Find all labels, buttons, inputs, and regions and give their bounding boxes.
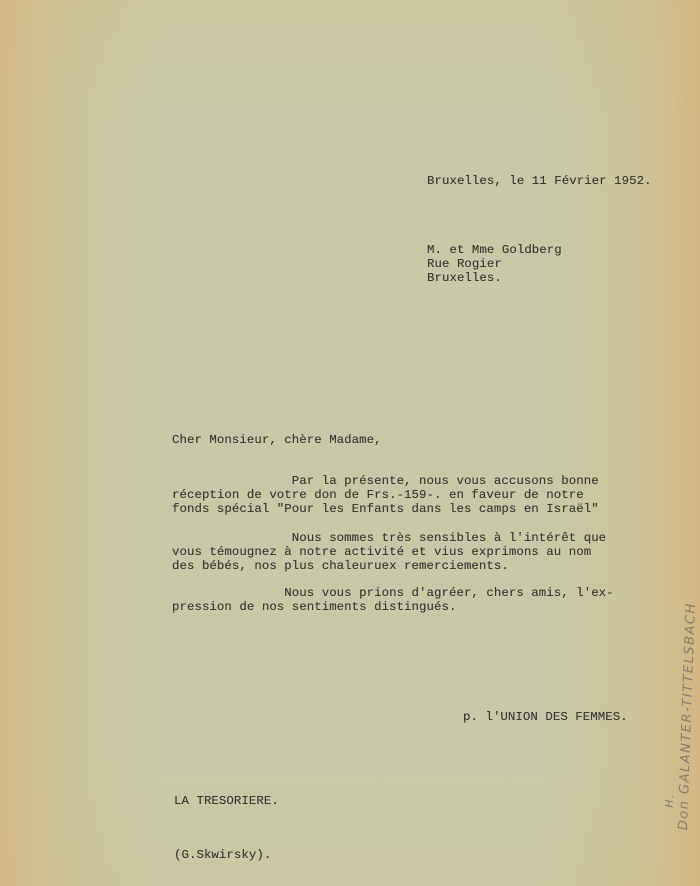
paragraph-line: Nous vous prions d'agréer, chers amis, l…	[172, 586, 614, 600]
annotation-text: Don GALANTER-TITTELSBACH	[676, 602, 699, 831]
recipient-street: Rue Rogier	[427, 257, 502, 271]
paragraph-line: des bébés, nos plus chaleuruex remerciem…	[172, 559, 509, 573]
paragraph-line: fonds spécial "Pour les Enfants dans les…	[172, 502, 599, 516]
letter-page: Bruxelles, le 11 Février 1952. M. et Mme…	[0, 0, 700, 886]
paragraph-line: vous témougnez à notre activité et vius …	[172, 545, 591, 559]
pencil-margin-annotation: Don GALANTER-TITTELSBACH H.	[676, 602, 699, 831]
paragraph-thanks: Nous sommes très sensibles à l'intérêt q…	[172, 531, 606, 573]
signatory-name: (G.Skwirsky).	[174, 848, 271, 862]
paragraph-closing: Nous vous prions d'agréer, chers amis, l…	[172, 586, 614, 614]
recipient-city: Bruxelles.	[427, 271, 502, 285]
signatory-role: LA TRESORIERE.	[174, 794, 279, 808]
paragraph-line: Nous sommes très sensibles à l'intérêt q…	[172, 531, 606, 545]
paragraph-acknowledgement: Par la présente, nous vous accusons bonn…	[172, 474, 599, 516]
organization-signoff: p. l'UNION DES FEMMES.	[463, 710, 628, 724]
paragraph-line: réception de votre don de Frs.-159-. en …	[172, 488, 584, 502]
recipient-address: M. et Mme Goldberg Rue Rogier Bruxelles.	[427, 243, 562, 285]
salutation: Cher Monsieur, chère Madame,	[172, 433, 382, 447]
recipient-name: M. et Mme Goldberg	[427, 243, 562, 257]
paragraph-line: pression de nos sentiments distingués.	[172, 600, 456, 614]
annotation-initial: H.	[663, 793, 677, 808]
paragraph-line: Par la présente, nous vous accusons bonn…	[172, 474, 599, 488]
date-line: Bruxelles, le 11 Février 1952.	[427, 174, 652, 188]
